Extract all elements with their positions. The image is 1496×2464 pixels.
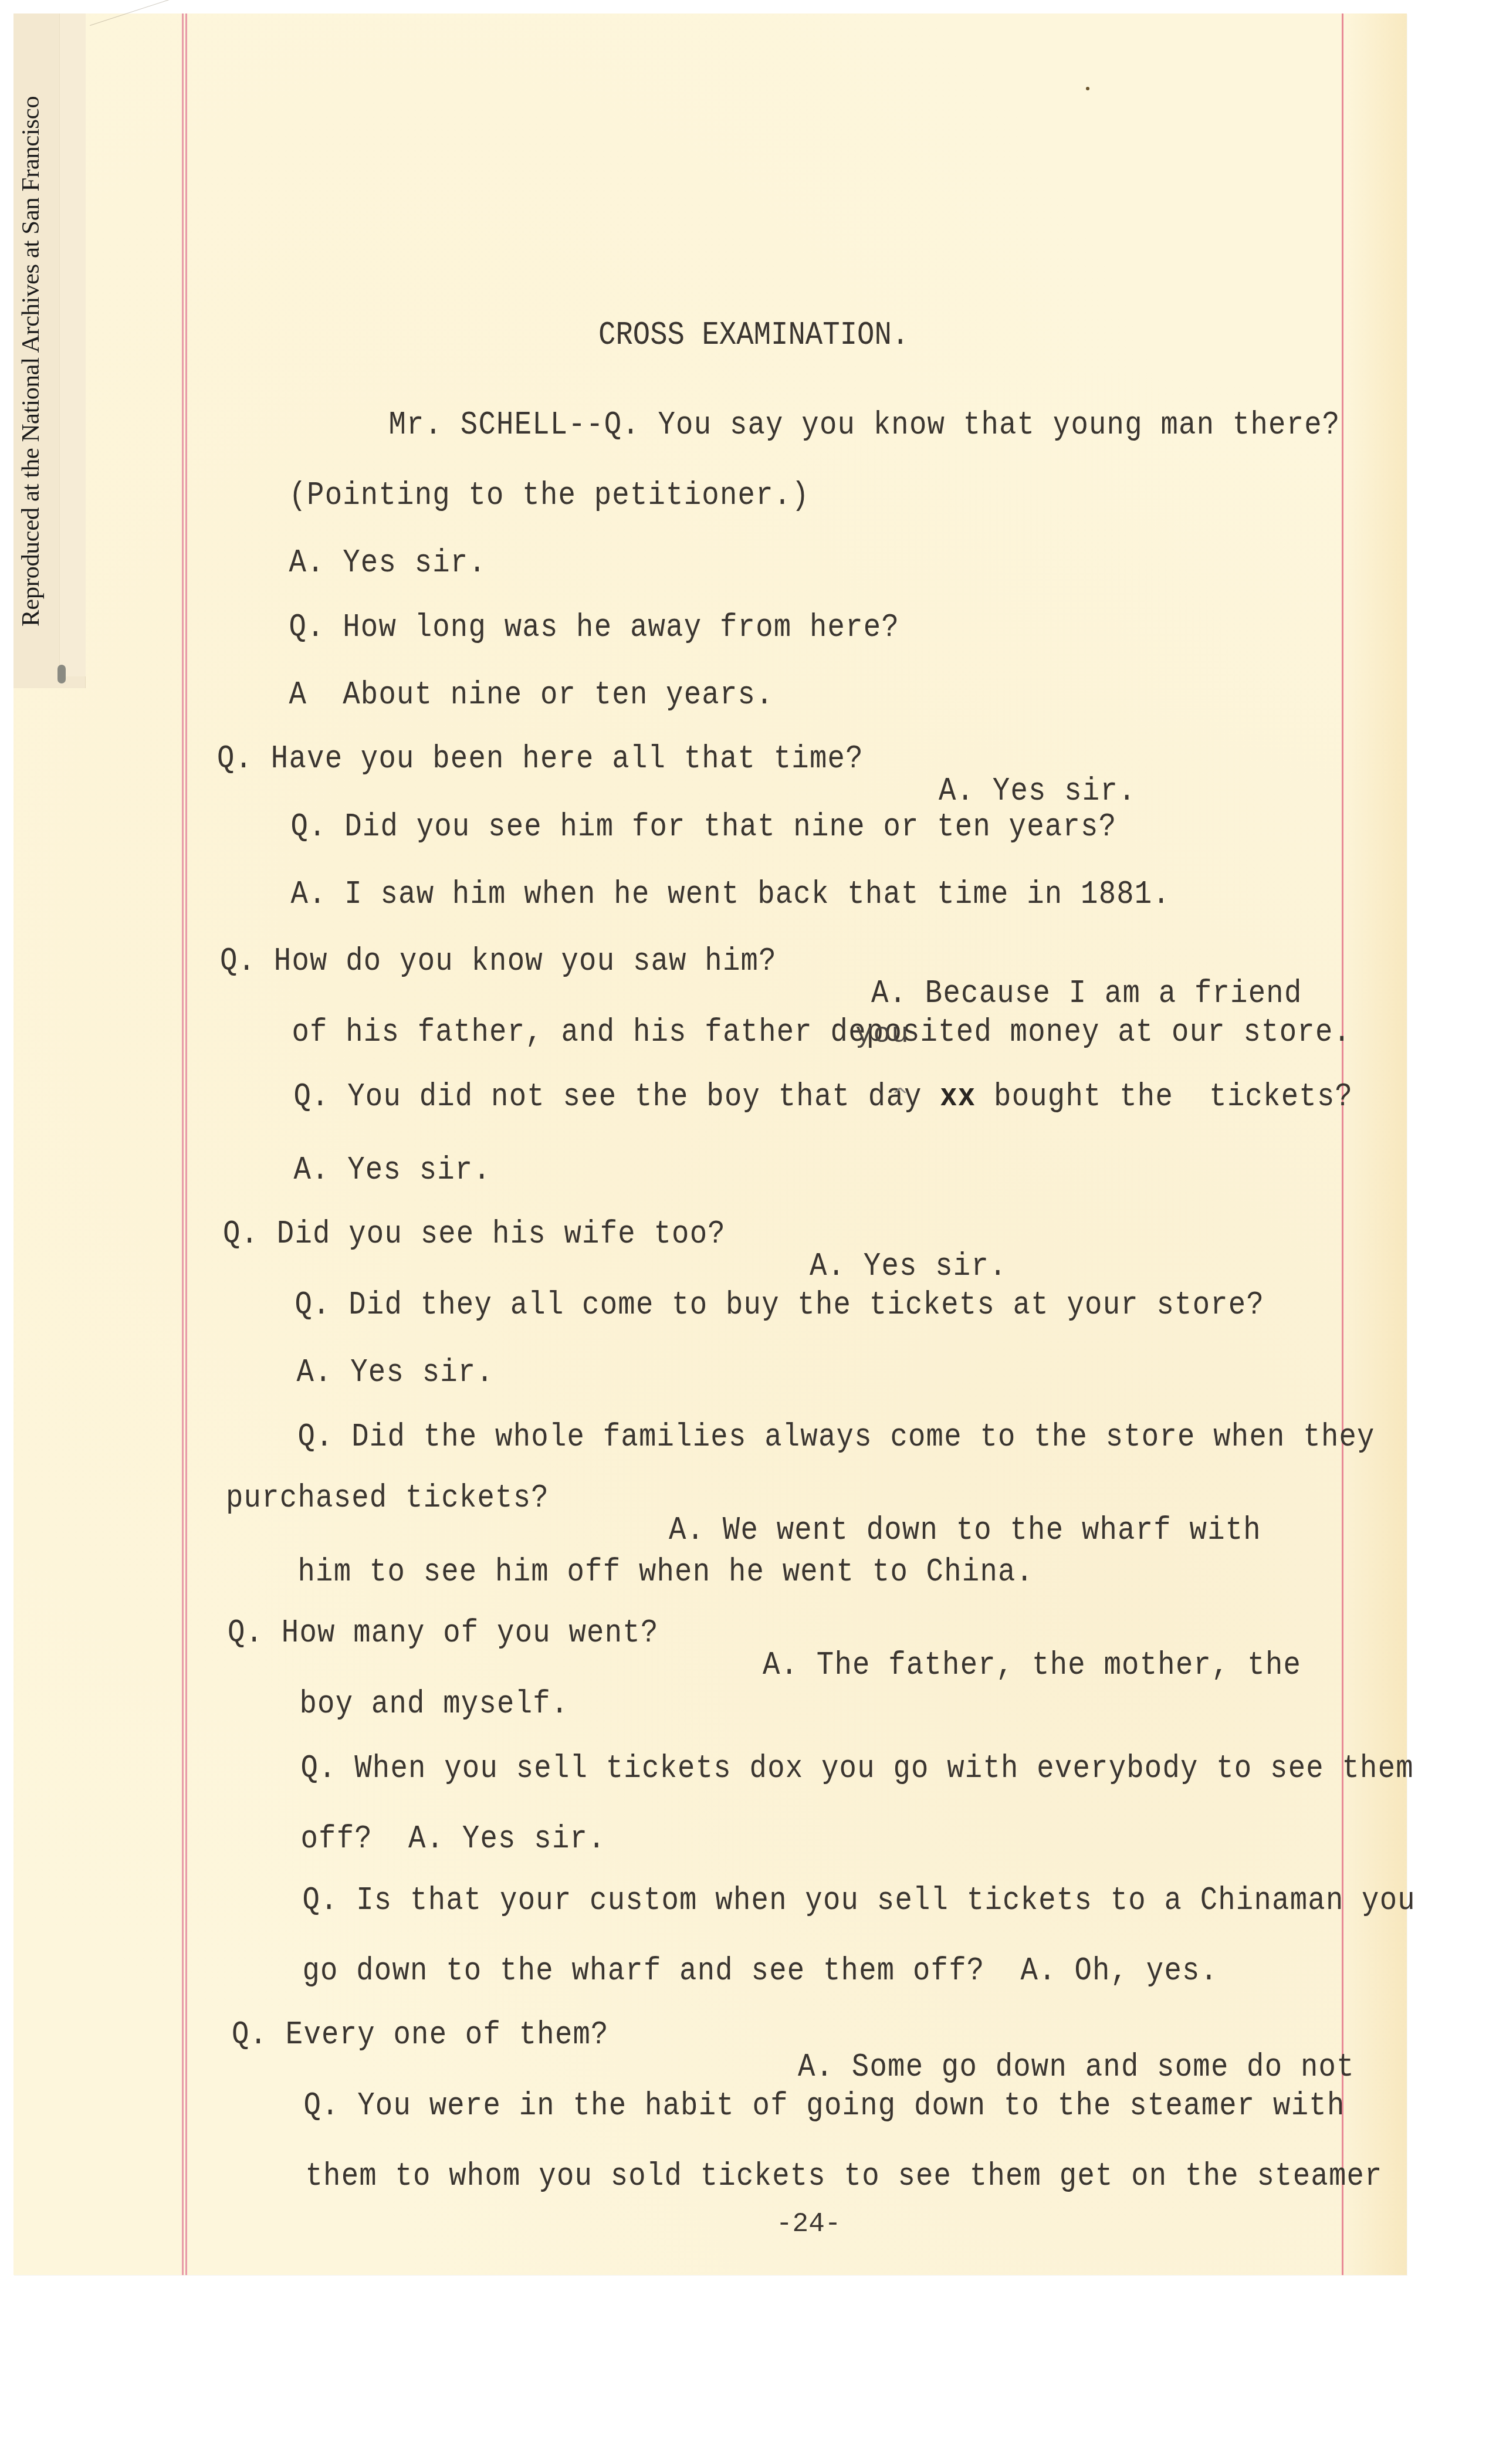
section-title: CROSS EXAMINATION. xyxy=(598,319,909,351)
line-text: of his father, and his father deposited … xyxy=(292,1014,1351,1051)
line-text: A. Yes sir. xyxy=(289,544,486,581)
line-text: boy and myself. xyxy=(299,1685,568,1722)
insertion-caret-icon: ^ xyxy=(892,1084,909,1108)
line-text: Q. You were in the habit of going down t… xyxy=(303,2087,1345,2124)
tape-fold xyxy=(59,13,86,676)
left-margin-rule xyxy=(182,13,187,2275)
fastener-icon xyxy=(57,665,66,683)
page-number: -24- xyxy=(776,2209,841,2239)
inserted-word: you xyxy=(855,1018,909,1051)
question-text: purchased tickets? xyxy=(226,1482,549,1514)
line-text: A. Yes sir. xyxy=(293,1152,491,1189)
line-text: them to whom you sold tickets to see the… xyxy=(305,2158,1382,2195)
line-text: Q. How long was he away from here? xyxy=(289,609,899,646)
line-text: Q. Did they all come to buy the tickets … xyxy=(295,1287,1264,1324)
question-text: Q. Did you see his wife too? xyxy=(223,1218,726,1250)
line-text: A. Yes sir. xyxy=(296,1354,494,1391)
archive-reproduction-stamp: Reproduced at the National Archives at S… xyxy=(16,93,45,627)
question-text: Q. How do you know you saw him? xyxy=(220,945,777,977)
line-text: A. I saw him when he went back that time… xyxy=(290,876,1170,913)
document-page: Reproduced at the National Archives at S… xyxy=(13,13,1407,2275)
question-text: Q. How many of you went? xyxy=(228,1617,659,1649)
line-text: A About nine or ten years. xyxy=(289,676,773,713)
line-text: go down to the wharf and see them off? A… xyxy=(302,1952,1218,1989)
struck-out-text: xx xyxy=(940,1078,976,1115)
pencil-mark xyxy=(90,0,229,59)
answer-text: A. The father, the mother, the xyxy=(763,1649,1301,1681)
question-text: Q. Every one of them? xyxy=(232,2019,609,2051)
line-text: off? A. Yes sir. xyxy=(300,1820,605,1857)
line-text: bought the tickets? xyxy=(976,1078,1353,1115)
line-text: Q. Is that your custom when you sell tic… xyxy=(302,1882,1416,1919)
ink-spot xyxy=(1086,87,1089,90)
line-text: Q. You did not see the boy that day xyxy=(293,1078,940,1115)
line-text: (Pointing to the petitioner.) xyxy=(289,477,810,514)
line-text: Mr. SCHELL--Q. You say you know that you… xyxy=(388,407,1340,444)
line-text: Q. When you sell tickets dox you go with… xyxy=(300,1750,1414,1787)
line-text: Q. Did you see him for that nine or ten … xyxy=(290,808,1116,845)
question-text: Q. Have you been here all that time? xyxy=(217,743,864,775)
